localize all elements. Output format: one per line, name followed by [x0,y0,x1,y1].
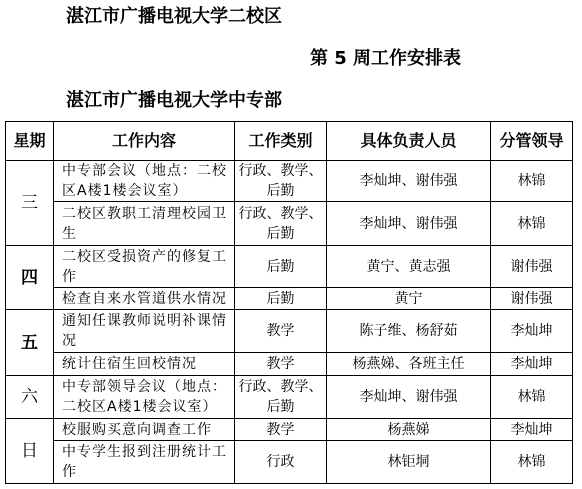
responsible-cell: 陈子维、杨舒茹 [327,310,491,353]
responsible-cell: 杨燕娣 [327,419,491,441]
content-cell: 检查自来水管道供水情况 [54,288,235,310]
leader-cell: 李灿坤 [491,419,573,441]
category-cell: 教学 [235,419,327,441]
content-cell: 统计住宿生回校情况 [54,353,235,376]
category-cell: 后勤 [235,246,327,288]
day-cell: 四 [6,246,54,310]
category-cell: 行政、教学、后勤 [235,161,327,202]
table-row: 统计住宿生回校情况 教学 杨燕娣、各班主任 李灿坤 [6,353,573,376]
responsible-cell: 黄宁 [327,288,491,310]
column-header-day: 星期 [6,122,54,161]
table-row: 六 中专部领导会议（地点：二校区A楼1楼会议室） 行政、教学、后勤 李灿坤、谢伟… [6,376,573,419]
leader-cell: 谢伟强 [491,246,573,288]
leader-cell: 林锦 [491,161,573,202]
category-cell: 教学 [235,310,327,353]
table-row: 检查自来水管道供水情况 后勤 黄宁 谢伟强 [6,288,573,310]
content-cell: 校服购买意向调查工作 [54,419,235,441]
leader-cell: 林锦 [491,376,573,419]
leader-cell: 林锦 [491,441,573,484]
category-cell: 后勤 [235,288,327,310]
table-header-row: 星期 工作内容 工作类别 具体负责人员 分管领导 [6,122,573,161]
day-cell: 五 [6,310,54,376]
leader-cell: 林锦 [491,202,573,246]
column-header-responsible: 具体负责人员 [327,122,491,161]
responsible-cell: 李灿坤、谢伟强 [327,161,491,202]
table-row: 中专学生报到注册统计工作 行政 林钜垌 林锦 [6,441,573,484]
day-cell: 日 [6,419,54,484]
content-cell: 通知任课教师说明补课情况 [54,310,235,353]
category-cell: 行政、教学、后勤 [235,202,327,246]
responsible-cell: 林钜垌 [327,441,491,484]
schedule-table: 星期 工作内容 工作类别 具体负责人员 分管领导 三 中专部会议（地点：二校区A… [5,121,573,484]
day-cell: 六 [6,376,54,419]
content-cell: 二校区教职工清理校园卫生 [54,202,235,246]
table-row: 五 通知任课教师说明补课情况 教学 陈子维、杨舒茹 李灿坤 [6,310,573,353]
schedule-title: 第 5 周工作安排表 [310,48,461,70]
leader-cell: 李灿坤 [491,310,573,353]
responsible-cell: 黄宁、黄志强 [327,246,491,288]
category-cell: 行政、教学、后勤 [235,376,327,419]
responsible-cell: 杨燕娣、各班主任 [327,353,491,376]
table-row: 日 校服购买意向调查工作 教学 杨燕娣 李灿坤 [6,419,573,441]
content-cell: 中专学生报到注册统计工作 [54,441,235,484]
content-cell: 二校区受损资产的修复工作 [54,246,235,288]
responsible-cell: 李灿坤、谢伟强 [327,202,491,246]
table-row: 四 二校区受损资产的修复工作 后勤 黄宁、黄志强 谢伟强 [6,246,573,288]
day-cell: 三 [6,161,54,246]
column-header-category: 工作类别 [235,122,327,161]
table-row: 二校区教职工清理校园卫生 行政、教学、后勤 李灿坤、谢伟强 林锦 [6,202,573,246]
category-cell: 教学 [235,353,327,376]
leader-cell: 李灿坤 [491,353,573,376]
content-cell: 中专部领导会议（地点：二校区A楼1楼会议室） [54,376,235,419]
column-header-content: 工作内容 [54,122,235,161]
table-row: 三 中专部会议（地点：二校区A楼1楼会议室） 行政、教学、后勤 李灿坤、谢伟强 … [6,161,573,202]
content-cell: 中专部会议（地点：二校区A楼1楼会议室） [54,161,235,202]
leader-cell: 谢伟强 [491,288,573,310]
department-title: 湛江市广播电视大学中专部 [66,90,282,112]
category-cell: 行政 [235,441,327,484]
school-title: 湛江市广播电视大学二校区 [66,6,282,28]
responsible-cell: 李灿坤、谢伟强 [327,376,491,419]
column-header-leader: 分管领导 [491,122,573,161]
